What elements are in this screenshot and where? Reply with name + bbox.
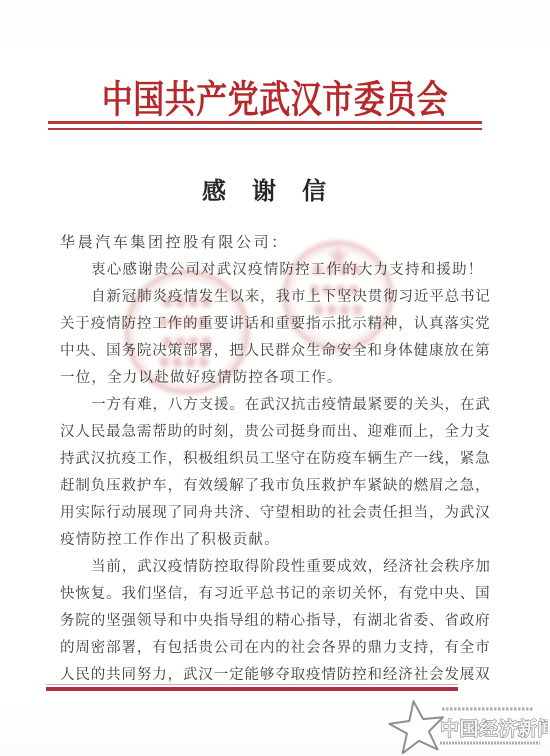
star-icon bbox=[387, 698, 448, 754]
body-line: 持武汉抗疫工作，积极组织员工坚守在防疫车辆生产一线，紧急 bbox=[60, 446, 490, 473]
body-line: 自新冠肺炎疫情发生以来，我市上下坚决贯彻习近平总书记 bbox=[60, 284, 490, 311]
letter-title: 感谢信 bbox=[0, 171, 528, 206]
body-line: 赶制负压救护车，有效缓解了我市负压救护车紧缺的燃眉之急， bbox=[60, 473, 490, 500]
body-line: 用实际行动展现了同舟共济、守望相助的社会责任担当，为武汉 bbox=[60, 500, 490, 527]
body-line: 汉人民最急需帮助的时刻，贵公司挺身而出、迎难而上，全力支 bbox=[60, 419, 490, 446]
body-line: 的周密部署，有包括贵公司在内的社会各界的鼎力支持，有全市 bbox=[60, 635, 490, 662]
body-line: 人民的共同努力，武汉一定能够夺取疫情防控和经济社会发展双 bbox=[60, 662, 490, 689]
body-line: 中央、国务院决策部署，把人民群众生命安全和身体健康放在第 bbox=[60, 338, 490, 365]
letter-body: 华晨汽车集团控股有限公司： 衷心感谢贵公司对武汉疫情防控工作的大力支持和援助！ … bbox=[60, 230, 490, 689]
body-line: 衷心感谢贵公司对武汉疫情防控工作的大力支持和援助！ bbox=[60, 257, 490, 284]
body-line: 务院的坚强领导和中央指导组的精心指导，有湖北省委、省政府 bbox=[60, 608, 490, 635]
body-line: 关于疫情防控工作的重要讲话和重要指示批示精神，认真落实党 bbox=[60, 311, 490, 338]
body-line: 疫情防控工作作出了积极贡献。 bbox=[60, 527, 490, 554]
letterhead-org-name: 中国共产党武汉市委员会 bbox=[0, 74, 550, 119]
body-line: 当前，武汉疫情防控取得阶段性重要成效，经济社会秩序加 bbox=[60, 554, 490, 581]
body-line: 一方有难，八方支援。在武汉抗击疫情最紧要的关头，在武 bbox=[60, 392, 490, 419]
body-line: 快恢复。我们坚信，有习近平总书记的亲切关怀，有党中央、国 bbox=[60, 581, 490, 608]
letterhead-rule-thin bbox=[48, 128, 482, 130]
body-line: 一位，全力以赴做好疫情防控各项工作。 bbox=[60, 365, 490, 392]
watermark-text: 中国经济新闻联播 bbox=[440, 717, 548, 740]
letter-salutation: 华晨汽车集团控股有限公司： bbox=[60, 230, 490, 257]
news-watermark-logo: 中国经济新闻联播 bbox=[384, 698, 548, 754]
letterhead-rule-thick bbox=[48, 121, 482, 124]
letter-page: 中国共产党武汉市委员会 感谢信 华晨汽车集团控股有限公司： 衷心感谢贵公司对武汉… bbox=[0, 0, 550, 756]
